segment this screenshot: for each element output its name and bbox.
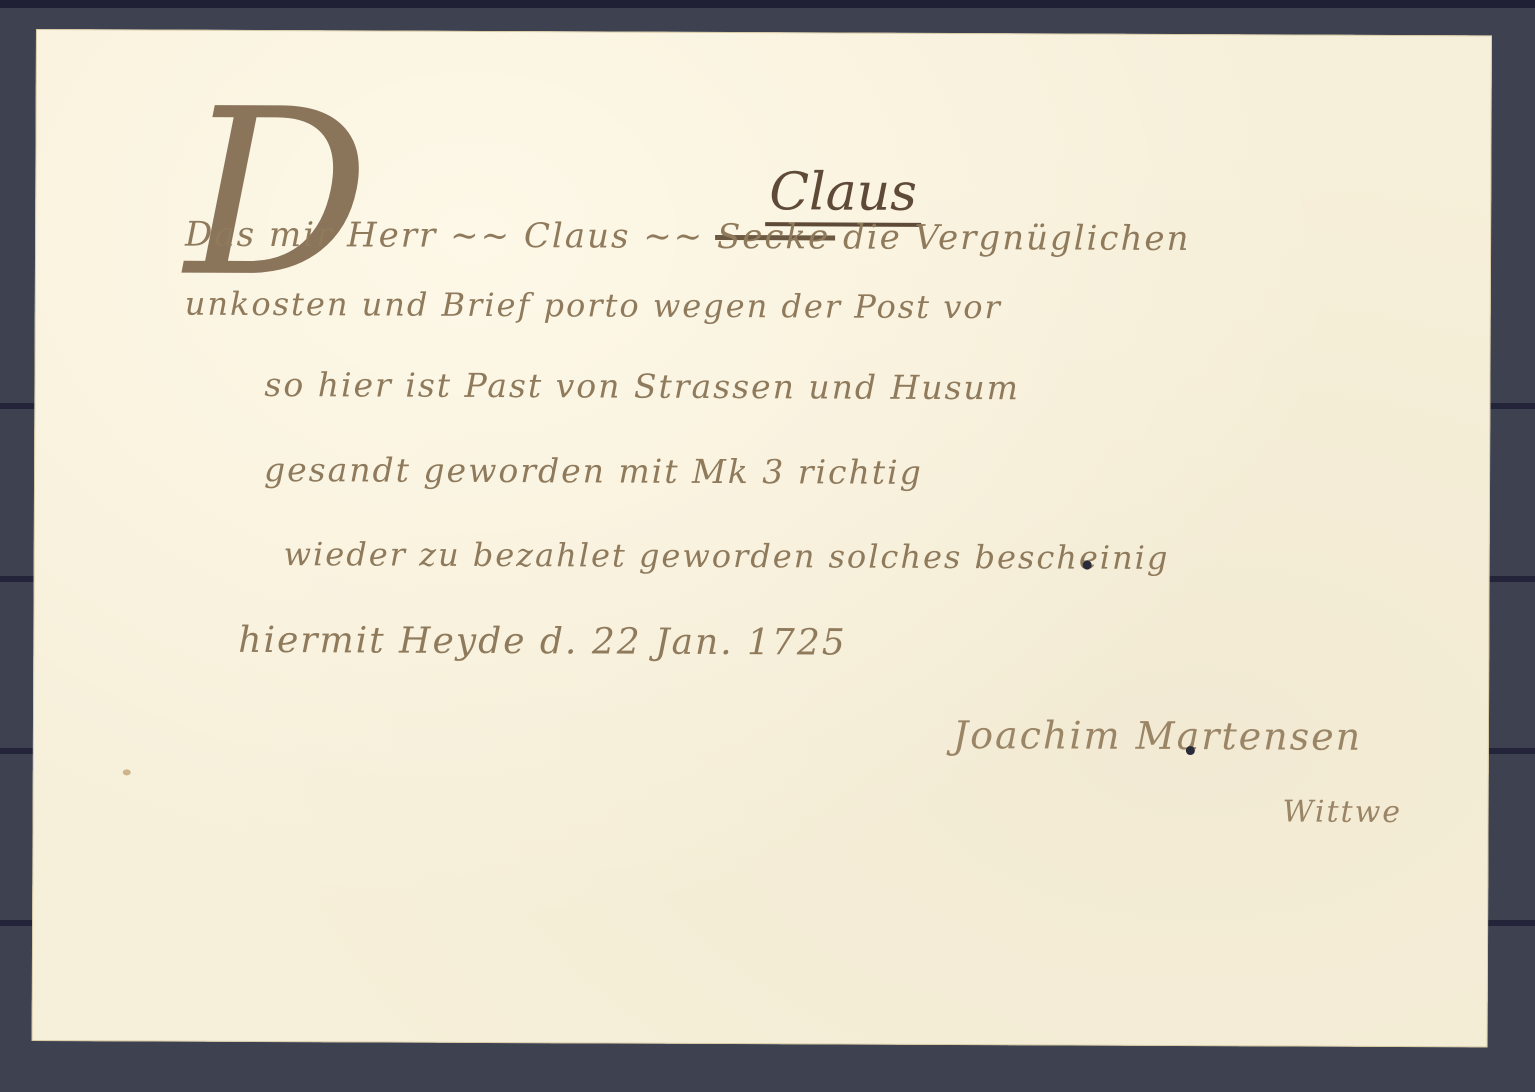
- text-line-2: unkosten und Brief porto wegen der Post …: [185, 285, 1002, 327]
- decorative-initial: D: [185, 80, 370, 311]
- punch-hole: [1083, 561, 1092, 570]
- foxing-stain: [123, 769, 131, 775]
- text-line-1: Das mir Herr ~~ Claus ~~ Secke die Vergn…: [185, 215, 1190, 259]
- document-paper: D Claus Das mir Herr ~~ Claus ~~ Secke d…: [32, 29, 1492, 1047]
- punch-hole: [1186, 746, 1195, 755]
- text-line-4: gesandt geworden mit Mk 3 richtig: [264, 450, 923, 492]
- text-line-3: so hier ist Past von Strassen und Husum: [264, 365, 1020, 407]
- text-line-5: wieder zu bezahlet geworden solches besc…: [284, 535, 1170, 577]
- signature-name: Joachim Martensen: [953, 713, 1362, 759]
- signature-title: Wittwe: [1283, 794, 1403, 830]
- text-line-6: hiermit Heyde d. 22 Jan. 1725: [238, 620, 847, 664]
- album-top-band: [0, 0, 1535, 8]
